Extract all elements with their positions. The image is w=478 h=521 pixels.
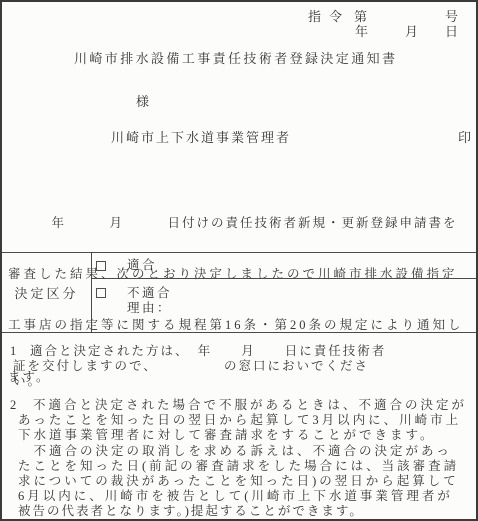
- note-2-line: 下水道事業管理者に対して審査請求をすることができます。: [8, 428, 474, 443]
- date-year-label: 年: [355, 21, 370, 40]
- note-item-2: 2 不適合と決定された場合で不服があるときは、不適合の決定が あったことを知った…: [8, 398, 474, 520]
- note-2-line: 不適合の決定の取消しを求める訴えは、不適合の決定があっ: [8, 444, 474, 459]
- reason-label: 理由：: [127, 301, 172, 316]
- option-pass-label: 適合: [127, 258, 157, 273]
- issuer-name: 川崎市上下水道事業管理者: [111, 127, 291, 146]
- document-title: 川崎市排水設備工事責任技術者登録決定通知書: [74, 48, 397, 67]
- note-item-1: 1 適合と決定された方は、 年 月 日に責任技術者 証を交付しますので、 の窓口…: [8, 344, 474, 390]
- seal-mark: 印: [458, 127, 471, 146]
- decision-category-label: 決定区分: [2, 253, 92, 332]
- note-1-line: い。: [8, 374, 474, 389]
- recipient-honorific: 様: [136, 91, 151, 110]
- note-1-number: 1: [10, 344, 16, 359]
- note-1-line: 証を交付しますので、 の窓口においでくださ: [8, 359, 474, 374]
- note-2-line: 6月以内に、川崎市を被告として(川崎市上下水道事業管理者が: [8, 489, 474, 504]
- note-2-line: 不適合と決定された場合で不服があるときは、不適合の決定が: [8, 398, 474, 413]
- note-2-line: たことを知った日(前記の審査請求をした場合には、当該審査請: [8, 459, 474, 474]
- checkbox-fail-icon[interactable]: [96, 288, 106, 298]
- note-2-line: あったことを知った日の翌日から起算して3月以内に、川崎市上: [8, 413, 474, 428]
- option-fail-label: 不適合: [127, 286, 172, 301]
- directive-label: 指令: [308, 6, 350, 25]
- decision-options: 適合 不適合 理由：: [92, 253, 476, 332]
- note-1-line: 適合と決定された方は、 年 月 日に責任技術者: [8, 344, 474, 359]
- note-2-line: 被告の代表者となります。)提起することができます。: [8, 504, 474, 519]
- option-pass-row: 適合: [92, 253, 476, 279]
- note-2-number: 2: [10, 398, 16, 413]
- note-2-line: 求についての裁決があったことを知った日)の翌日から起算して: [8, 474, 474, 489]
- body-line: 年 月 日付けの責任技術者新規・更新登録申請書を: [8, 216, 474, 231]
- option-fail-block: 不適合 理由：: [127, 286, 172, 316]
- checkbox-pass-icon[interactable]: [96, 261, 106, 271]
- notification-document: 指令 第 号 年 月 日 川崎市排水設備工事責任技術者登録決定通知書 様 川崎市…: [0, 0, 478, 521]
- option-fail-row: 不適合 理由：: [92, 279, 476, 332]
- date-day-label: 日: [445, 21, 460, 40]
- date-month-label: 月: [405, 21, 420, 40]
- decision-table: 決定区分 適合 不適合 理由：: [2, 252, 476, 333]
